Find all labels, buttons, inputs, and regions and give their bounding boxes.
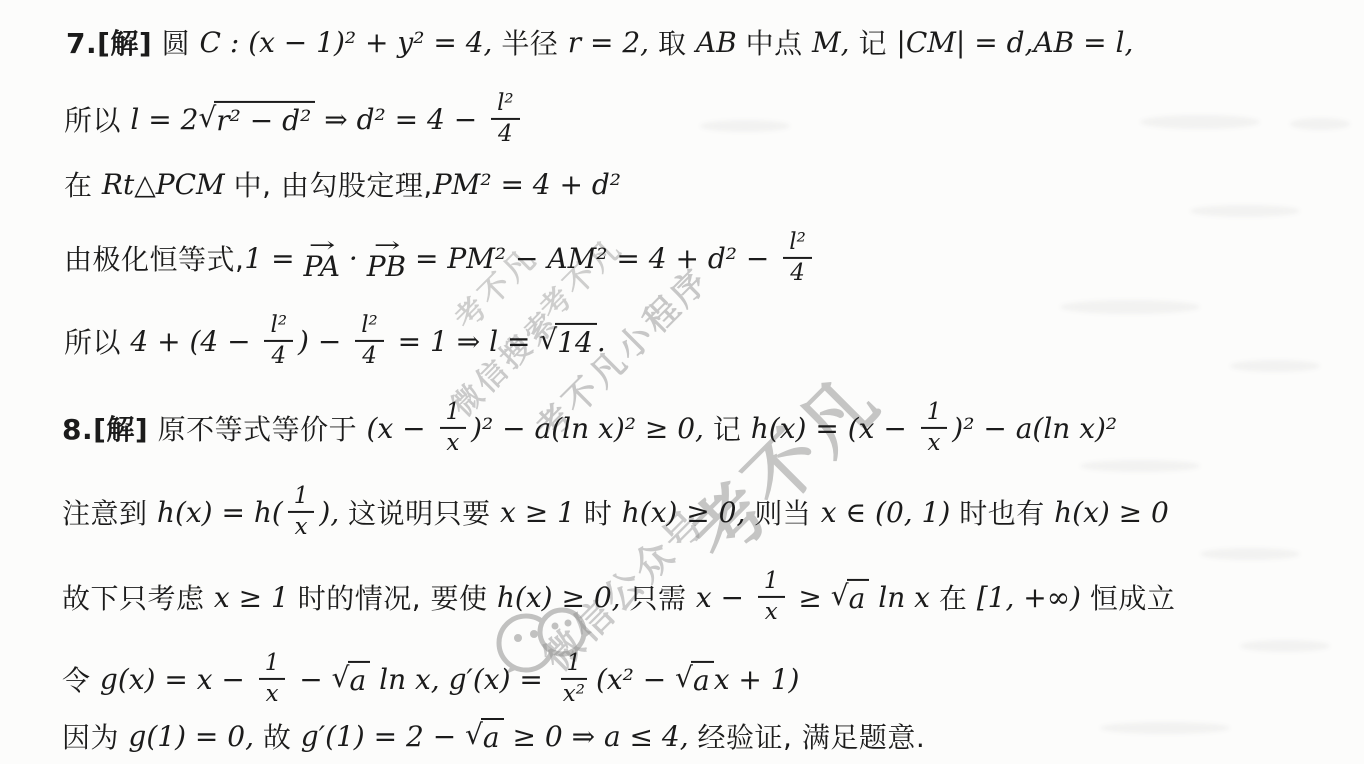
math-text: x + 1) xyxy=(714,663,800,696)
math-text: h(x) ≥ 0 xyxy=(1054,496,1169,529)
math-text: x ≥ 1 xyxy=(214,581,298,614)
vector: →PA xyxy=(303,235,340,281)
chinese-text: 半径 xyxy=(501,22,567,62)
chinese-text: 7.[解] xyxy=(66,22,152,62)
solution-7-line-2: 所以 l = 2√r² − d² ⇒ d² = 4 − l²4 xyxy=(64,90,525,148)
math-text: C : (x − 1)² + y² = 4, xyxy=(200,26,502,59)
fraction: 1x² xyxy=(557,650,591,708)
math-text: M, xyxy=(812,26,858,59)
chinese-text: 8.[解] xyxy=(62,408,148,448)
math-text: l = 2 xyxy=(130,103,198,136)
math-text: h(x) ≥ 0, xyxy=(622,496,755,529)
math-text: ) − xyxy=(298,325,350,358)
scan-noise xyxy=(1060,300,1200,314)
math-text: )² − a(ln x)² ≥ 0, xyxy=(471,412,713,445)
scan-noise xyxy=(1290,118,1350,130)
scan-noise xyxy=(700,120,790,132)
math-text: . xyxy=(597,325,606,358)
chinese-text: 在 xyxy=(939,577,977,617)
chinese-text: 故 xyxy=(263,716,301,756)
math-text: ⇒ d² = 4 − xyxy=(315,103,486,136)
scan-noise xyxy=(1240,640,1330,652)
math-text: ), xyxy=(319,496,348,529)
scan-noise xyxy=(1230,360,1320,372)
fraction: 1x xyxy=(440,399,467,457)
chinese-text: 由极化恒等式, xyxy=(64,238,244,278)
chinese-text: 则当 xyxy=(754,492,820,532)
solution-7-line-4: 由极化恒等式,1 = →PA · →PB = PM² − AM² = 4 + d… xyxy=(64,229,817,287)
chinese-text: 所以 xyxy=(64,321,130,361)
math-text: [1, +∞) xyxy=(977,581,1090,614)
math-text: PM² = 4 + d² xyxy=(433,168,621,201)
square-root: √a xyxy=(831,579,870,615)
square-root: √a xyxy=(675,661,714,697)
fraction: 1x xyxy=(259,650,286,708)
math-text: Rt△PCM xyxy=(102,168,234,201)
math-text: ≥ xyxy=(790,581,831,614)
solution-8-line-1: 8.[解] 原不等式等价于 (x − 1x)² − a(ln x)² ≥ 0, … xyxy=(62,399,1117,457)
square-root: √a xyxy=(332,661,371,697)
square-root: √a xyxy=(465,718,504,754)
fraction: l²4 xyxy=(491,90,520,148)
solution-8-line-3: 故下只考虑 x ≥ 1 时的情况, 要使 h(x) ≥ 0, 只需 x − 1x… xyxy=(62,568,1175,626)
math-text: g′(1) = 2 − xyxy=(301,720,465,753)
vector: →PB xyxy=(367,235,406,281)
solution-8-line-4: 令 g(x) = x − 1x − √a ln x, g′(x) = 1x²(x… xyxy=(62,650,799,708)
chinese-text: 在 xyxy=(64,164,102,204)
chinese-text: 令 xyxy=(62,659,100,699)
chinese-text: 经验证, 满足题意. xyxy=(698,716,926,756)
chinese-text: 中点 xyxy=(746,22,812,62)
math-text: g(x) = x − xyxy=(100,663,254,696)
scan-noise xyxy=(1100,722,1230,734)
chinese-text: 时也有 xyxy=(959,492,1054,532)
math-text: ln x xyxy=(869,581,938,614)
chinese-text: 时的情况, 要使 xyxy=(298,577,497,617)
chinese-text: 所以 xyxy=(64,99,130,139)
math-text: = PM² − AM² = 4 + d² − xyxy=(406,242,778,275)
chinese-text: 这说明只要 xyxy=(348,492,500,532)
math-text: · xyxy=(340,242,367,275)
chinese-text: 原不等式等价于 xyxy=(148,408,366,448)
scan-noise xyxy=(1200,548,1300,560)
math-text: (x² − xyxy=(596,663,675,696)
fraction: l²4 xyxy=(783,229,812,287)
math-text: x ∈ (0, 1) xyxy=(821,496,960,529)
math-text: AB xyxy=(696,26,746,59)
fraction: l²4 xyxy=(264,312,293,370)
chinese-text: 中, 由勾股定理, xyxy=(234,164,433,204)
document-page: 7.[解] 圆 C : (x − 1)² + y² = 4, 半径 r = 2,… xyxy=(0,0,1364,764)
square-root: √r² − d² xyxy=(198,101,315,137)
solution-7-line-5: 所以 4 + (4 − l²4) − l²4 = 1 ⇒ l = √14. xyxy=(64,312,606,370)
solution-7-line-3: 在 Rt△PCM 中, 由勾股定理,PM² = 4 + d² xyxy=(64,164,621,204)
math-text: (x − xyxy=(367,412,435,445)
math-text: |CM| = d,AB = l, xyxy=(896,26,1133,59)
chinese-text: 故下只考虑 xyxy=(62,577,214,617)
solution-7-line-1: 7.[解] 圆 C : (x − 1)² + y² = 4, 半径 r = 2,… xyxy=(66,22,1133,62)
scan-noise xyxy=(1080,460,1200,472)
chinese-text: 只需 xyxy=(629,577,695,617)
chinese-text: 恒成立 xyxy=(1090,577,1176,617)
math-text: ≥ 0 ⇒ a ≤ 4, xyxy=(504,720,698,753)
math-text: h(x) = h( xyxy=(157,496,283,529)
math-text: − xyxy=(290,663,331,696)
scan-noise xyxy=(1140,115,1260,129)
chinese-text: 取 xyxy=(658,22,696,62)
math-text: = 1 ⇒ l = xyxy=(389,325,540,358)
scan-noise xyxy=(1190,205,1300,217)
chinese-text: 注意到 xyxy=(62,492,157,532)
chinese-text: 记 xyxy=(713,408,751,448)
square-root: √14 xyxy=(539,323,596,359)
math-text: 1 = xyxy=(244,242,303,275)
math-text: g(1) = 0, xyxy=(128,720,262,753)
solution-8-line-5: 因为 g(1) = 0, 故 g′(1) = 2 − √a ≥ 0 ⇒ a ≤ … xyxy=(62,716,925,756)
math-text: x − xyxy=(696,581,753,614)
chinese-text: 时 xyxy=(584,492,622,532)
fraction: l²4 xyxy=(355,312,384,370)
math-text: ln x, g′(x) = xyxy=(370,663,552,696)
math-text: h(x) = (x − xyxy=(751,412,916,445)
chinese-text: 因为 xyxy=(62,716,128,756)
math-text: h(x) ≥ 0, xyxy=(497,581,630,614)
chinese-text: 圆 xyxy=(152,22,199,62)
fraction: 1x xyxy=(288,483,315,541)
fraction: 1x xyxy=(921,399,948,457)
math-text: x ≥ 1 xyxy=(500,496,584,529)
fraction: 1x xyxy=(758,568,785,626)
solution-8-line-2: 注意到 h(x) = h(1x), 这说明只要 x ≥ 1 时 h(x) ≥ 0… xyxy=(62,483,1169,541)
math-text: 4 + (4 − xyxy=(130,325,259,358)
math-text: r = 2, xyxy=(568,26,658,59)
math-text: )² − a(ln x)² xyxy=(952,412,1117,445)
chinese-text: 记 xyxy=(858,22,896,62)
